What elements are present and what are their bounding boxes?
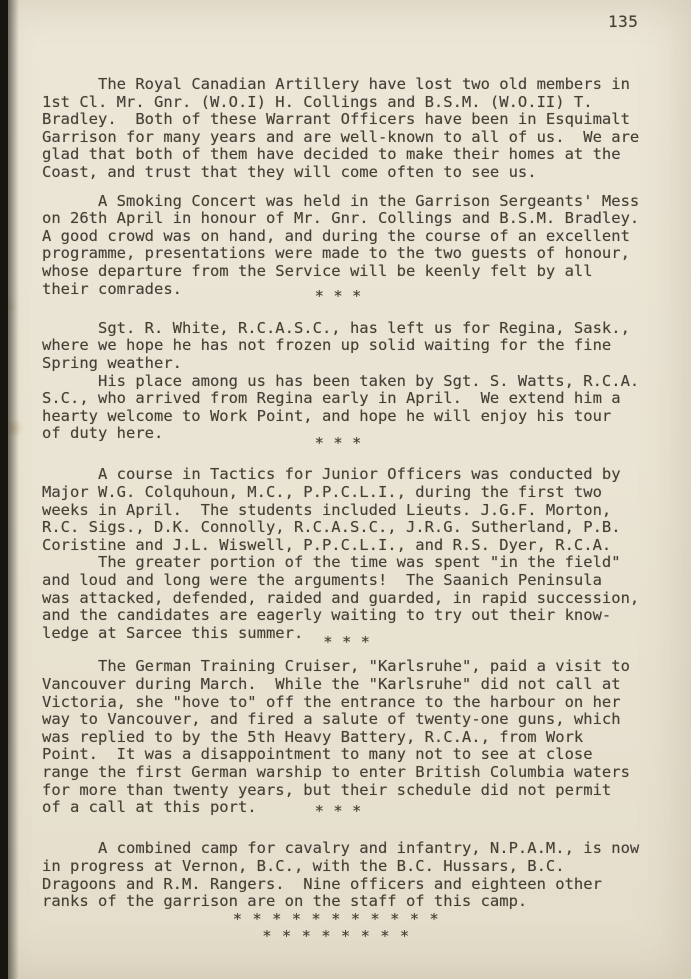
text-line-content: Coast, and trust that they will come oft…: [42, 163, 537, 181]
text-line-content: A course in Tactics for Junior Officers …: [98, 465, 621, 483]
text-line: was attacked, defended, raided and guard…: [42, 590, 658, 608]
text-line-content: Dragoons and R.M. Rangers. Nine officers…: [42, 875, 602, 893]
text-line-content: The German Training Cruiser, "Karlsruhe"…: [98, 657, 630, 675]
text-line: and the candidates are eagerly waiting t…: [42, 607, 658, 625]
text-line: Victoria, she "hove to" off the entrance…: [42, 694, 658, 712]
text-line-content: Vancouver during March. While the "Karls…: [42, 675, 621, 693]
text-line: Dragoons and R.M. Rangers. Nine officers…: [42, 876, 658, 894]
scan-edge-shadow: [8, 0, 19, 979]
text-line-content: Point. It was a disappointment to many n…: [42, 745, 593, 763]
page-body: The Royal Canadian Artillery have lost t…: [42, 76, 658, 946]
text-line: A Smoking Concert was held in the Garris…: [42, 193, 658, 211]
text-line-content: for more than twenty years, but their sc…: [42, 781, 611, 799]
text-line: glad that both of them have decided to m…: [42, 146, 658, 164]
text-line: on 26th April in honour of Mr. Gnr. Coll…: [42, 210, 658, 228]
text-line-content: A good crowd was on hand, and during the…: [42, 227, 630, 245]
text-line: programme, presentations were made to th…: [42, 245, 658, 263]
text-line: Spring weather.: [42, 355, 658, 373]
asterisk-separator: * * *: [30, 435, 646, 453]
text-line-content: A combined camp for cavalry and infantry…: [98, 839, 639, 857]
text-line: weeks in April. The students included Li…: [42, 502, 658, 520]
text-line: The German Training Cruiser, "Karlsruhe"…: [42, 658, 658, 676]
text-line: Sgt. R. White, R.C.A.S.C., has left us f…: [42, 320, 658, 338]
text-line: in progress at Vernon, B.C., with the B.…: [42, 858, 658, 876]
text-line-content: and the candidates are eagerly waiting t…: [42, 606, 611, 624]
text-line: where we hope he has not frozen up solid…: [42, 337, 658, 355]
text-line-content: hearty welcome to Work Point, and hope h…: [42, 407, 611, 425]
text-line-content: where we hope he has not frozen up solid…: [42, 336, 611, 354]
text-line: was replied to by the 5th Heavy Battery,…: [42, 729, 658, 747]
text-line-content: weeks in April. The students included Li…: [42, 501, 611, 519]
asterisk-separator-inline: * * *: [323, 634, 370, 652]
text-line-content: ledge at Sarcee this summer.: [42, 624, 303, 642]
text-line-content: The Royal Canadian Artillery have lost t…: [98, 75, 630, 93]
scan-edge-strip: [0, 0, 8, 979]
paragraph: A Smoking Concert was held in the Garris…: [42, 193, 658, 299]
text-line-content: Victoria, she "hove to" off the entrance…: [42, 693, 621, 711]
text-line: A combined camp for cavalry and infantry…: [42, 840, 658, 858]
text-line-content: on 26th April in honour of Mr. Gnr. Coll…: [42, 209, 639, 227]
text-line: 1st Cl. Mr. Gnr. (W.O.I) H. Collings and…: [42, 94, 658, 112]
text-line: hearty welcome to Work Point, and hope h…: [42, 408, 658, 426]
text-line: Garrison for many years and are well-kno…: [42, 129, 658, 147]
paragraph: Sgt. R. White, R.C.A.S.C., has left us f…: [42, 320, 658, 443]
asterisk-separator: * * *: [30, 288, 646, 306]
text-line-content: Bradley. Both of these Warrant Officers …: [42, 110, 630, 128]
text-line-content: in progress at Vernon, B.C., with the B.…: [42, 857, 565, 875]
text-line-content: Major W.G. Colquhoun, M.C., P.P.C.L.I., …: [42, 483, 602, 501]
text-line: His place among us has been taken by Sgt…: [42, 373, 658, 391]
text-line-content: S.C., who arrived from Regina early in A…: [42, 389, 621, 407]
text-line-content: range the first German warship to enter …: [42, 763, 630, 781]
text-line: for more than twenty years, but their sc…: [42, 782, 658, 800]
text-line-content: His place among us has been taken by Sgt…: [98, 372, 639, 390]
text-line-content: and loud and long were the arguments! Th…: [42, 571, 602, 589]
text-line: Bradley. Both of these Warrant Officers …: [42, 111, 658, 129]
text-line-content: programme, presentations were made to th…: [42, 244, 630, 262]
text-line: Major W.G. Colquhoun, M.C., P.P.C.L.I., …: [42, 484, 658, 502]
text-line: ranks of the garrison are on the staff o…: [42, 893, 658, 911]
text-line-content: was replied to by the 5th Heavy Battery,…: [42, 728, 583, 746]
asterisk-separator: * * *: [30, 803, 646, 821]
text-line-content: Spring weather.: [42, 354, 182, 372]
text-line: S.C., who arrived from Regina early in A…: [42, 390, 658, 408]
page-number: 135: [608, 12, 638, 31]
paragraph: The Royal Canadian Artillery have lost t…: [42, 76, 658, 182]
asterisk-footer-row: * * * * * * * *: [28, 928, 644, 946]
paragraph: The German Training Cruiser, "Karlsruhe"…: [42, 658, 658, 816]
text-line: ledge at Sarcee this summer.* * *: [42, 625, 658, 643]
text-line-content: whose departure from the Service will be…: [42, 262, 593, 280]
text-line: whose departure from the Service will be…: [42, 263, 658, 281]
text-line-content: Garrison for many years and are well-kno…: [42, 128, 639, 146]
text-line-content: A Smoking Concert was held in the Garris…: [98, 192, 639, 210]
text-line-content: The greater portion of the time was spen…: [98, 553, 621, 571]
text-line-content: 1st Cl. Mr. Gnr. (W.O.I) H. Collings and…: [42, 93, 593, 111]
text-line: Coristine and J.L. Wiswell, P.P.C.L.I., …: [42, 537, 658, 555]
text-line: Vancouver during March. While the "Karls…: [42, 676, 658, 694]
text-line-content: Sgt. R. White, R.C.A.S.C., has left us f…: [98, 319, 630, 337]
text-line-content: ranks of the garrison are on the staff o…: [42, 892, 527, 910]
text-line: Coast, and trust that they will come oft…: [42, 164, 658, 182]
text-line: The Royal Canadian Artillery have lost t…: [42, 76, 658, 94]
text-line-content: way to Vancouver, and fired a salute of …: [42, 710, 621, 728]
text-line: R.C. Sigs., D.K. Connolly, R.C.A.S.C., J…: [42, 519, 658, 537]
text-line-content: was attacked, defended, raided and guard…: [42, 589, 639, 607]
text-line-content: glad that both of them have decided to m…: [42, 145, 621, 163]
paragraph: A course in Tactics for Junior Officers …: [42, 466, 658, 642]
text-line: range the first German warship to enter …: [42, 764, 658, 782]
text-line: Point. It was a disappointment to many n…: [42, 746, 658, 764]
asterisk-footer-row: * * * * * * * * * * *: [28, 911, 644, 929]
text-line: and loud and long were the arguments! Th…: [42, 572, 658, 590]
paragraph: A combined camp for cavalry and infantry…: [42, 840, 658, 910]
text-line: A good crowd was on hand, and during the…: [42, 228, 658, 246]
text-line: A course in Tactics for Junior Officers …: [42, 466, 658, 484]
document-page: 135 The Royal Canadian Artillery have lo…: [0, 0, 691, 979]
text-line: way to Vancouver, and fired a salute of …: [42, 711, 658, 729]
text-line-content: Coristine and J.L. Wiswell, P.P.C.L.I., …: [42, 536, 611, 554]
text-line-content: R.C. Sigs., D.K. Connolly, R.C.A.S.C., J…: [42, 518, 621, 536]
text-line: The greater portion of the time was spen…: [42, 554, 658, 572]
